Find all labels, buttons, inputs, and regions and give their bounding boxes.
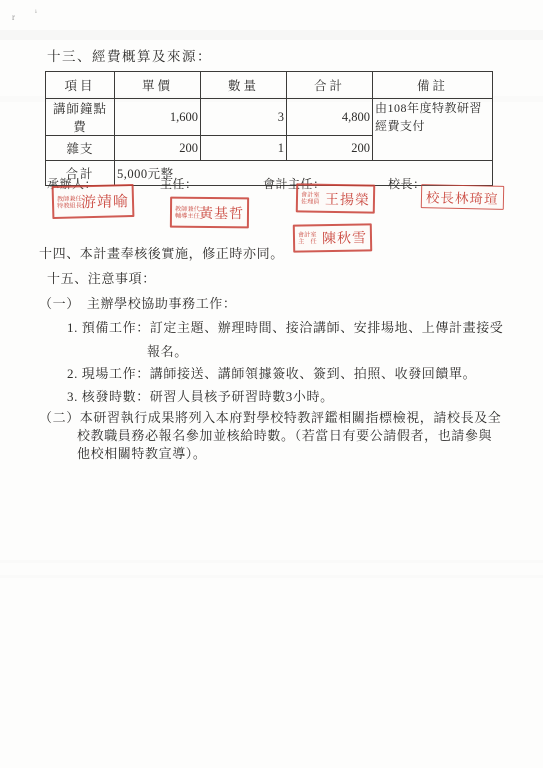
scan-streak [0, 30, 543, 40]
cell-remark: 由108年度特教研習經費支付 [373, 99, 493, 161]
signature-label-principal: 校長： [388, 175, 426, 192]
note-1-task-1-line-1: 1. 預備工作：訂定主題、辦理時間、接洽講師、安排場地、上傳計畫接受 [67, 317, 503, 336]
accounting-clerk-name-stamp: 會計室 佐理員 王揚榮 [296, 183, 375, 213]
cell-quantity: 3 [201, 99, 287, 136]
section-13-title: 十三、經費概算及來源： [47, 45, 212, 65]
stamp-title-line2: 輔導主任 [175, 212, 196, 219]
stamp-name: 王揚榮 [325, 188, 370, 209]
col-header-quantity: 數量 [201, 72, 287, 99]
stamp-title: 會計室 佐理員 [301, 191, 322, 205]
stamp-title-line1: 教師兼代 [175, 205, 196, 212]
cell-item: 講師鐘點費 [46, 99, 115, 136]
note-1-header: （一） 主辦學校協助事務工作： [39, 293, 237, 312]
stamp-name: 陳秋雪 [322, 227, 367, 248]
note-2-line-2: 校教職員務必報名參加並核給時數。（若當日有要公請假者，也請參與 [77, 425, 492, 444]
signature-label-director: 主任： [160, 175, 198, 192]
scanned-document-page: r ⁱ 十三、經費概算及來源： 項目 單價 數量 合計 備註 講師鐘點費 1,6… [0, 0, 543, 768]
scan-streak [0, 575, 543, 578]
scan-streak [0, 560, 543, 563]
pencil-mark: ⁱ [35, 8, 37, 19]
budget-table: 項目 單價 數量 合計 備註 講師鐘點費 1,600 3 4,800 由108年… [45, 71, 493, 186]
section-15-title: 十五、注意事項： [47, 268, 156, 287]
col-header-item: 項目 [46, 72, 115, 99]
note-1-task-3: 3. 核發時數：研習人員核予研習時數3小時。 [67, 386, 334, 405]
director-name-stamp: 教師兼代 輔導主任 黃基哲 [170, 197, 249, 229]
stamp-name: 校長林琦瑄 [426, 186, 499, 208]
cell-quantity: 1 [201, 136, 287, 161]
stamp-name: 游靖喻 [81, 190, 130, 212]
stamp-title: 會計室 主 任 [298, 231, 319, 245]
stamp-title: 教師兼代 輔導主任 [175, 205, 196, 219]
col-header-unit-price: 單價 [115, 72, 201, 99]
col-header-total: 合計 [287, 72, 373, 99]
col-header-remark: 備註 [373, 72, 493, 99]
handler-name-stamp: 教師兼任 特教組長 游靖喻 [52, 184, 135, 219]
note-1-task-2: 2. 現場工作：講師接送、講師領據簽收、簽到、拍照、收發回饋單。 [67, 363, 476, 382]
cell-item: 雜支 [46, 136, 115, 161]
stamp-title-line2: 佐理員 [301, 198, 322, 205]
principal-name-stamp: 校長林琦瑄 [421, 184, 504, 210]
budget-table-header-row: 項目 單價 數量 合計 備註 [46, 72, 493, 99]
stamp-title-line1: 會計室 [301, 191, 322, 198]
section-14-text: 十四、本計畫奉核後實施，修正時亦同。 [39, 243, 284, 262]
pencil-mark: r [12, 12, 15, 22]
stamp-title-line2: 主 任 [298, 238, 319, 245]
cell-unit-price: 1,600 [115, 99, 201, 136]
accounting-director-name-stamp: 會計室 主 任 陳秋雪 [293, 223, 372, 252]
cell-unit-price: 200 [115, 136, 201, 161]
stamp-title: 教師兼任 特教組長 [57, 195, 78, 209]
cell-total: 200 [287, 136, 373, 161]
table-row: 講師鐘點費 1,600 3 4,800 由108年度特教研習經費支付 [46, 99, 493, 136]
stamp-title-line1: 教師兼任 [57, 195, 78, 202]
stamp-title-line2: 特教組長 [57, 202, 78, 209]
note-2-line-1: （二）本研習執行成果將列入本府對學校特教評鑑相關指標檢視，請校長及全 [39, 407, 501, 426]
note-2-line-3: 他校相關特教宣導）。 [77, 443, 207, 462]
stamp-name: 黃基哲 [199, 202, 244, 222]
cell-total: 4,800 [287, 99, 373, 136]
note-1-task-1-line-2: 報名。 [147, 341, 188, 360]
